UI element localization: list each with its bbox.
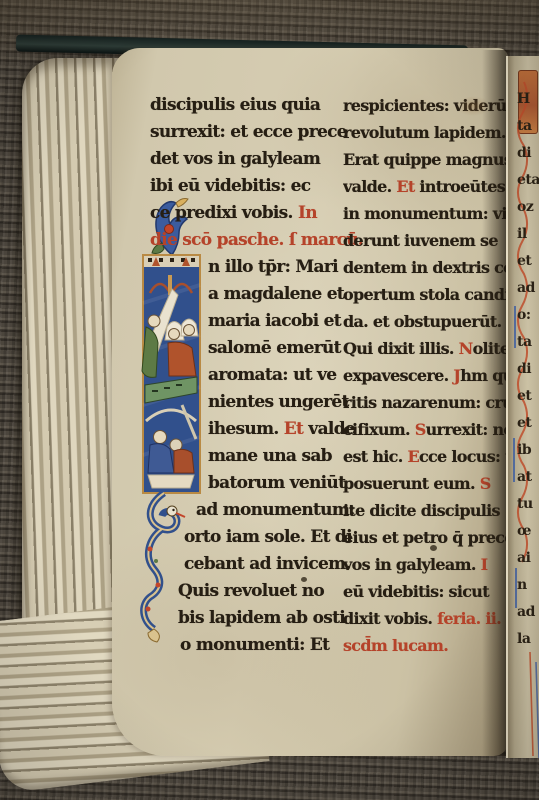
- facing-text-fragment: et: [517, 410, 539, 437]
- body-text: Qui dixit illis.: [343, 339, 459, 358]
- body-text: n illo tp̄r: Mari: [208, 257, 338, 277]
- text-line: Quis revoluet no: [150, 578, 342, 605]
- facing-text-fragment: oz: [517, 194, 539, 221]
- facing-text-fragment: ai: [517, 545, 539, 572]
- facing-text-fragment: il: [517, 221, 539, 248]
- facing-text-fragment: n: [517, 572, 539, 599]
- text-line: maria iacobi et: [150, 308, 342, 335]
- body-text: salomē emerūt: [208, 338, 341, 358]
- body-text: expavescere.: [343, 366, 453, 385]
- ink-stain: [301, 577, 307, 582]
- text-line: cebant ad invicem.: [150, 551, 342, 578]
- body-text: o monumenti: Et: [180, 635, 329, 655]
- facing-text-fragment: o:: [517, 302, 539, 329]
- body-text: ce predixi vobis.: [150, 203, 298, 223]
- body-text: Quis revoluet no: [178, 581, 324, 601]
- manuscript-page: discipulis eius quiasurrexit: et ecce pr…: [112, 48, 508, 756]
- ink-stain: [430, 545, 437, 551]
- body-text: valde.: [343, 177, 396, 196]
- facing-text-fragment: at: [517, 464, 539, 491]
- facing-text-fragment: ta: [517, 113, 539, 140]
- text-line: die scō pasche. ſ marcū.: [150, 227, 342, 254]
- text-line: a magdalene et: [150, 281, 342, 308]
- body-text: batorum veniūt: [208, 473, 345, 493]
- text-line: n illo tp̄r: Mari: [150, 254, 342, 281]
- facing-text-fragment: tu: [517, 491, 539, 518]
- text-line: surrexit: et ecce prece: [150, 119, 342, 146]
- text-line: nientes ungerēt: [150, 389, 342, 416]
- facing-text-fragment: ad: [517, 599, 539, 626]
- facing-text-fragment: ad: [517, 275, 539, 302]
- facing-text-fragment: H: [517, 86, 539, 113]
- facing-text-fragment: di: [517, 140, 539, 167]
- body-text: maria iacobi et: [208, 311, 341, 331]
- facing-text-fragment: eta: [517, 167, 539, 194]
- facing-page-text-fragments: Htadietaoziletado:tadietetibattuœainadla: [517, 86, 539, 653]
- text-line: aromata: ut ve: [150, 362, 342, 389]
- facing-text-fragment: et: [517, 383, 539, 410]
- body-text: dixit vobis.: [343, 609, 437, 628]
- text-line: discipulis eius quia: [150, 92, 342, 119]
- body-text: est hic.: [343, 447, 407, 466]
- body-text: cebant ad invicem.: [184, 554, 351, 574]
- manuscript-photo: discipulis eius quiasurrexit: et ecce pr…: [0, 0, 539, 800]
- text-line: ce predixi vobis. In: [150, 200, 342, 227]
- text-line: o monumenti: Et: [150, 632, 342, 659]
- body-text: aromata: ut ve: [208, 365, 336, 385]
- body-text: derunt iuvenem se: [343, 231, 498, 250]
- facing-text-fragment: ta: [517, 329, 539, 356]
- facing-page-edge: Htadietaoziletado:tadietetibattuœainadla: [506, 56, 539, 758]
- body-text: ihesum.: [208, 419, 284, 439]
- rubric-text: N: [459, 339, 473, 358]
- rubric-text: scd̄m lucam.: [343, 636, 448, 655]
- body-text: discipulis eius quia: [150, 95, 320, 115]
- body-text: det vos in galyleam: [150, 149, 320, 169]
- body-text: orto iam sole. Et di: [184, 527, 352, 547]
- rubric-text: E: [407, 447, 419, 466]
- body-text: mane una sab: [208, 446, 332, 466]
- body-text: da. et obstupuerūt.: [343, 312, 501, 331]
- text-line: mane una sab: [150, 443, 342, 470]
- rubric-text: Et: [396, 177, 414, 196]
- facing-text-fragment: œ: [517, 518, 539, 545]
- body-text: cifixum.: [343, 420, 415, 439]
- body-text: ite dicite discipulis: [343, 501, 500, 520]
- rubric-text: die scō pasche. ſ marcū.: [150, 230, 363, 250]
- facing-text-fragment: di: [517, 356, 539, 383]
- text-line: salomē emerūt: [150, 335, 342, 362]
- body-text: ad monumentum:: [196, 500, 355, 520]
- body-text: eū videbitis: sicut: [343, 582, 489, 601]
- text-line: bis lapidem ab osti: [150, 605, 342, 632]
- facing-text-fragment: et: [517, 248, 539, 275]
- body-text: nientes ungerēt: [208, 392, 349, 412]
- body-text: bis lapidem ab osti: [178, 608, 345, 628]
- text-line: ad monumentum:: [150, 497, 342, 524]
- facing-text-fragment: la: [517, 626, 539, 653]
- body-text: ibi eū videbitis: ec: [150, 176, 310, 196]
- body-text: a magdalene et: [208, 284, 344, 304]
- facing-text-fragment: ib: [517, 437, 539, 464]
- text-column-left: discipulis eius quiasurrexit: et ecce pr…: [150, 92, 342, 659]
- rubric-text: Et: [284, 419, 303, 439]
- text-line: orto iam sole. Et di: [150, 524, 342, 551]
- text-line: batorum veniūt: [150, 470, 342, 497]
- rubric-text: In: [298, 203, 317, 223]
- text-line: ibi eū videbitis: ec: [150, 173, 342, 200]
- text-line: ihesum. Et valde: [150, 416, 342, 443]
- text-line: det vos in galyleam: [150, 146, 342, 173]
- body-text: posuerunt eum.: [343, 474, 480, 493]
- rubric-text: S: [415, 420, 426, 439]
- body-text: surrexit: et ecce prece: [150, 122, 347, 142]
- body-text: vos in galyleam.: [343, 555, 481, 574]
